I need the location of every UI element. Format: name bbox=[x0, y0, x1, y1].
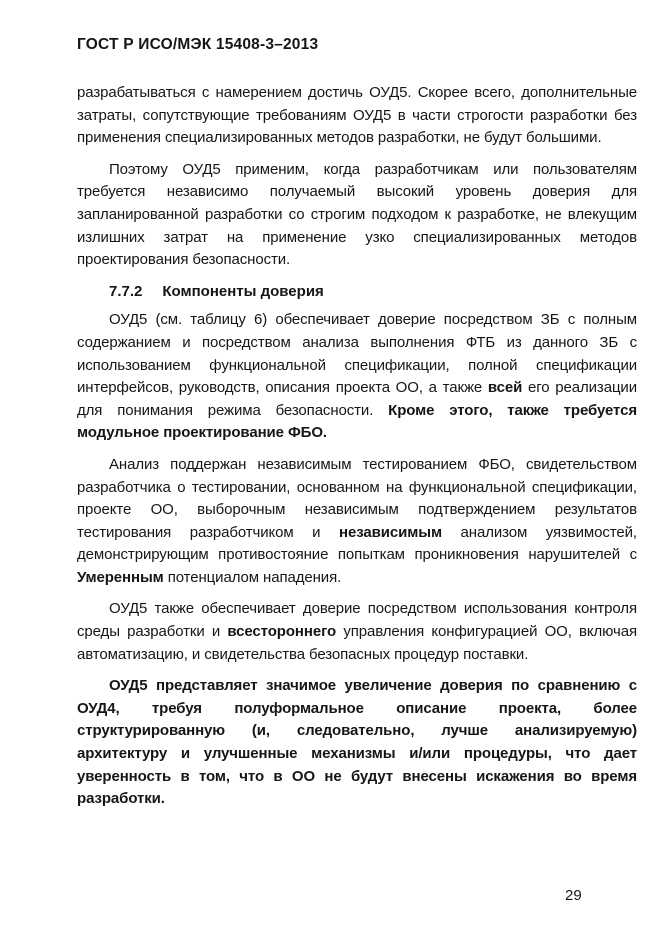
text-run: всестороннего bbox=[227, 623, 336, 640]
page-number: 29 bbox=[565, 888, 582, 903]
document-header: ГОСТ Р ИСО/МЭК 15408-3–2013 bbox=[77, 36, 637, 54]
document-page: ГОСТ Р ИСО/МЭК 15408-3–2013 разрабатыват… bbox=[0, 0, 661, 935]
paragraph-emphasis: ОУД5 представляет значимое увеличение до… bbox=[77, 675, 637, 811]
paragraph: Поэтому ОУД5 применим, когда разработчик… bbox=[77, 159, 637, 272]
text-run: потенциалом нападения. bbox=[164, 569, 342, 586]
document-content: ГОСТ Р ИСО/МЭК 15408-3–2013 разрабатыват… bbox=[77, 36, 637, 820]
paragraph: Анализ поддержан независимым тестировани… bbox=[77, 454, 637, 590]
section-number: 7.7.2 bbox=[109, 283, 142, 300]
text-run: Умеренным bbox=[77, 569, 164, 586]
text-run: Поэтому ОУД5 применим, когда разработчик… bbox=[77, 161, 637, 268]
section-heading: 7.7.2Компоненты доверия bbox=[77, 281, 637, 304]
text-run: всей bbox=[488, 379, 522, 396]
text-run: независимым bbox=[339, 524, 442, 541]
paragraph: ОУД5 также обеспечивает доверие посредст… bbox=[77, 598, 637, 666]
paragraph-continuation: разрабатываться с намерением достичь ОУД… bbox=[77, 82, 637, 150]
paragraph: ОУД5 (см. таблицу 6) обеспечивает довери… bbox=[77, 309, 637, 445]
section-title: Компоненты доверия bbox=[162, 283, 323, 300]
text-run: разрабатываться с намерением достичь ОУД… bbox=[77, 84, 637, 146]
text-run: ОУД5 представляет значимое увеличение до… bbox=[77, 677, 637, 807]
